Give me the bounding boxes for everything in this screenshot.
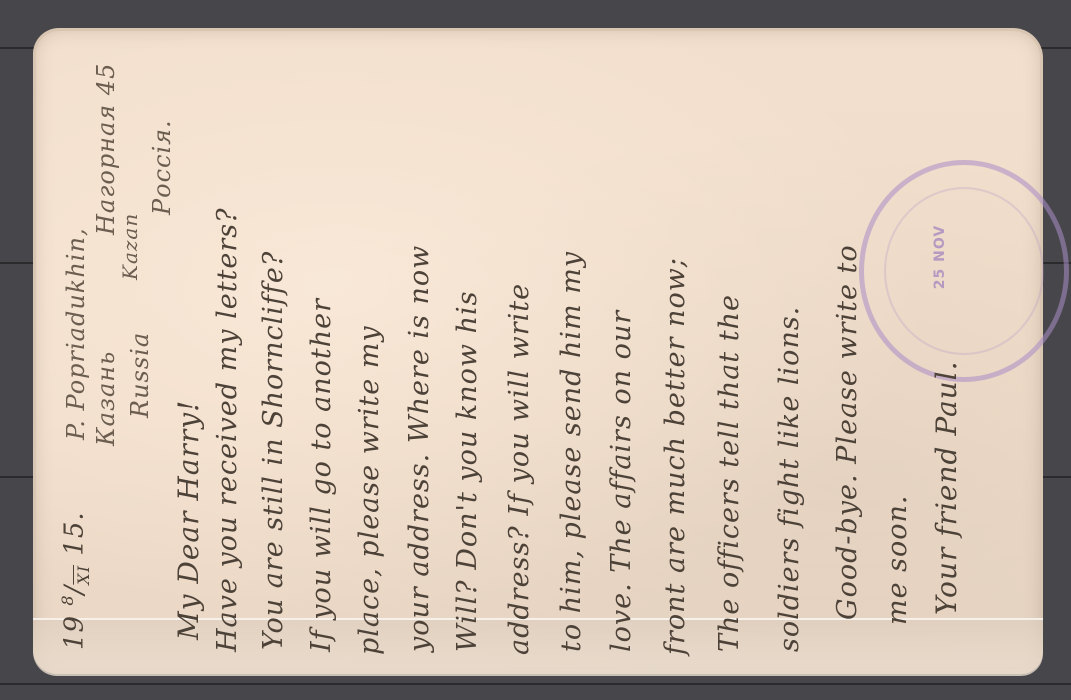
- letter-line: If you will go to another: [306, 298, 337, 652]
- letter-line: love. The affairs on our: [606, 310, 637, 652]
- date-line: 19 8/XI 15.: [58, 511, 93, 650]
- letter-line: Will? Don't you know his: [452, 291, 483, 652]
- letter-line: The officers tell that the: [714, 294, 745, 652]
- letter-line: You are still in Shorncliffe?: [258, 251, 289, 650]
- postmark-inner-ring: [884, 187, 1044, 355]
- date-year-prefix: 19: [60, 615, 90, 650]
- date-month: XI: [74, 565, 93, 585]
- postmark-date: 25 NOV: [932, 225, 948, 289]
- sender-name: P. Popriadukhin,: [62, 227, 90, 440]
- closing-signature: Your friend Paul.: [930, 360, 963, 615]
- letter-line: place, please write my: [354, 325, 385, 655]
- letter-line: me soon.: [882, 494, 913, 625]
- sender-country-cyrillic: Россія.: [148, 119, 176, 215]
- date-year-suffix: 15.: [60, 511, 90, 555]
- salutation: My Dear Harry!: [172, 400, 205, 640]
- postmark-stamp: 25 NOV: [859, 160, 1069, 382]
- letter-line: address? If you will write: [504, 283, 535, 655]
- frame-line: [0, 683, 1071, 685]
- sender-street: Нагорная 45: [92, 63, 120, 235]
- letter-line: your address. Where is now: [404, 245, 435, 652]
- letter-line: front are much better now;: [660, 257, 691, 655]
- date-day: 8: [58, 594, 77, 605]
- letter-line: Good-bye. Please write to: [832, 244, 863, 620]
- sender-country-latin: Russia: [126, 332, 154, 418]
- letter-line: soldiers fight like lions.: [774, 306, 805, 652]
- letter-line: Have you received my letters?: [212, 207, 243, 652]
- sender-city-latin: Kazan: [118, 213, 142, 280]
- sender-city-cyrillic: Казань: [92, 351, 120, 446]
- letter-line: to him, please send him my: [556, 251, 587, 652]
